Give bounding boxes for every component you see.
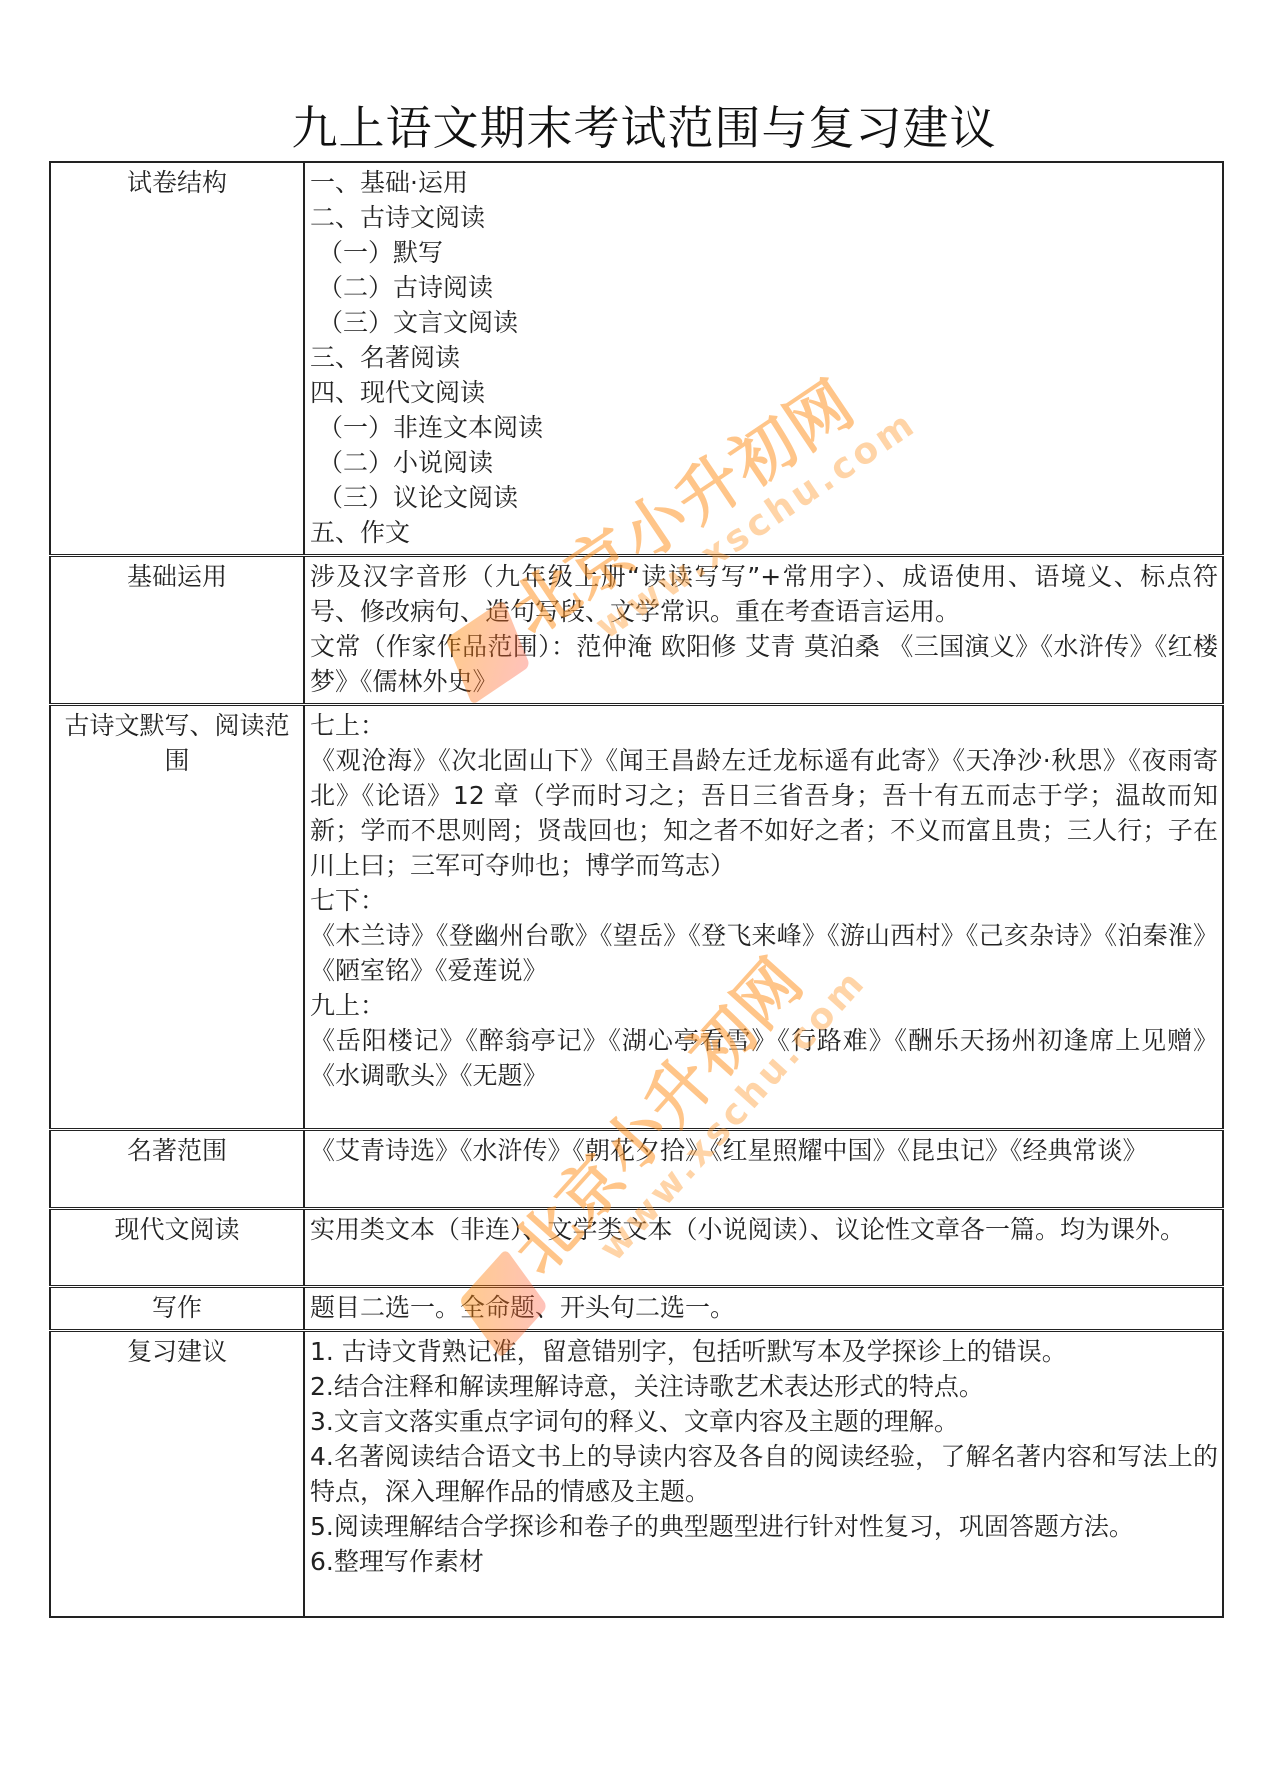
table-row-paper-structure: 试卷结构 一、基础·运用 二、古诗文阅读 （一）默写 （二）古诗阅读 （三）文言…	[50, 162, 1223, 556]
table-row-review-suggestions: 复习建议 1. 古诗文背熟记准，留意错别字，包括听默写本及学探诊上的错误。 2.…	[50, 1331, 1223, 1617]
content-line: 1. 古诗文背熟记准，留意错别字，包括听默写本及学探诊上的错误。	[310, 1334, 1218, 1369]
table-row-modern-reading: 现代文阅读 实用类文本（非连）、文学类文本（小说阅读）、议论性文章各一篇。均为课…	[50, 1209, 1223, 1287]
content-line: 二、古诗文阅读	[310, 200, 1218, 235]
content-line: 5.阅读理解结合学探诊和卷子的典型题型进行针对性复习，巩固答题方法。	[310, 1509, 1218, 1544]
content-line: 九上：	[310, 988, 1218, 1023]
row-label: 复习建议	[51, 1334, 303, 1369]
content-line: 题目二选一。全命题、开头句二选一。	[310, 1290, 1218, 1325]
row-label-cell: 复习建议	[50, 1331, 304, 1617]
row-label: 名著范围	[51, 1133, 303, 1168]
content-line: （三）文言文阅读	[310, 305, 1218, 340]
row-content-cell: 涉及汉字音形（九年级上册“读读写写”+常用字）、成语使用、语境义、标点符号、修改…	[304, 556, 1223, 705]
row-content-cell: 1. 古诗文背熟记准，留意错别字，包括听默写本及学探诊上的错误。 2.结合注释和…	[304, 1331, 1223, 1617]
content-line: 实用类文本（非连）、文学类文本（小说阅读）、议论性文章各一篇。均为课外。	[310, 1212, 1218, 1247]
row-label-cell: 试卷结构	[50, 162, 304, 556]
table-row-basic-usage: 基础运用 涉及汉字音形（九年级上册“读读写写”+常用字）、成语使用、语境义、标点…	[50, 556, 1223, 705]
content-line: 五、作文	[310, 515, 1218, 550]
row-content-cell: 《艾青诗选》《水浒传》《朝花夕拾》《红星照耀中国》《昆虫记》《经典常谈》	[304, 1130, 1223, 1209]
content-line: 四、现代文阅读	[310, 375, 1218, 410]
content-line: 2.结合注释和解读理解诗意，关注诗歌艺术表达形式的特点。	[310, 1369, 1218, 1404]
content-line: （二）古诗阅读	[310, 270, 1218, 305]
content-line: （二）小说阅读	[310, 445, 1218, 480]
row-label: 试卷结构	[51, 165, 303, 200]
content-line: 七上：	[310, 708, 1218, 743]
row-content-cell: 一、基础·运用 二、古诗文阅读 （一）默写 （二）古诗阅读 （三）文言文阅读 三…	[304, 162, 1223, 556]
table-row-classics-scope: 名著范围 《艾青诗选》《水浒传》《朝花夕拾》《红星照耀中国》《昆虫记》《经典常谈…	[50, 1130, 1223, 1209]
table-row-writing: 写作 题目二选一。全命题、开头句二选一。	[50, 1287, 1223, 1331]
content-line: 6.整理写作素材	[310, 1544, 1218, 1579]
content-line: （一）非连文本阅读	[310, 410, 1218, 445]
content-line: （三）议论文阅读	[310, 480, 1218, 515]
content-line: 《岳阳楼记》《醉翁亭记》《湖心亭看雪》《行路难》《酬乐天扬州初逢席上见赠》《水调…	[310, 1023, 1218, 1093]
row-label-cell: 基础运用	[50, 556, 304, 705]
row-content-cell: 实用类文本（非连）、文学类文本（小说阅读）、议论性文章各一篇。均为课外。	[304, 1209, 1223, 1287]
content-line: 文常（作家作品范围）：范仲淹 欧阳修 艾青 莫泊桑 《三国演义》《水浒传》《红楼…	[310, 629, 1218, 699]
table-row-classical-poetry-scope: 古诗文默写、阅读范围 七上： 《观沧海》《次北固山下》《闻王昌龄左迁龙标遥有此寄…	[50, 705, 1223, 1130]
content-line: 3.文言文落实重点字词句的释义、文章内容及主题的理解。	[310, 1404, 1218, 1439]
content-line: 《艾青诗选》《水浒传》《朝花夕拾》《红星照耀中国》《昆虫记》《经典常谈》	[310, 1133, 1218, 1168]
row-label: 写作	[51, 1290, 303, 1325]
row-content-cell: 题目二选一。全命题、开头句二选一。	[304, 1287, 1223, 1331]
row-label-cell: 名著范围	[50, 1130, 304, 1209]
content-line: 一、基础·运用	[310, 165, 1218, 200]
row-label-cell: 古诗文默写、阅读范围	[50, 705, 304, 1130]
content-line: 《木兰诗》《登幽州台歌》《望岳》《登飞来峰》《游山西村》《己亥杂诗》《泊秦淮》《…	[310, 918, 1218, 988]
exam-scope-table: 试卷结构 一、基础·运用 二、古诗文阅读 （一）默写 （二）古诗阅读 （三）文言…	[49, 161, 1224, 1618]
row-label-cell: 现代文阅读	[50, 1209, 304, 1287]
content-line: 涉及汉字音形（九年级上册“读读写写”+常用字）、成语使用、语境义、标点符号、修改…	[310, 559, 1218, 629]
row-label: 基础运用	[51, 559, 303, 594]
page-title: 九上语文期末考试范围与复习建议	[0, 98, 1288, 158]
content-line: （一）默写	[310, 235, 1218, 270]
content-line: 4.名著阅读结合语文书上的导读内容及各自的阅读经验，了解名著内容和写法上的特点，…	[310, 1439, 1218, 1509]
row-label: 现代文阅读	[51, 1212, 303, 1247]
row-content-cell: 七上： 《观沧海》《次北固山下》《闻王昌龄左迁龙标遥有此寄》《天净沙·秋思》《夜…	[304, 705, 1223, 1130]
row-label-cell: 写作	[50, 1287, 304, 1331]
content-line: 《观沧海》《次北固山下》《闻王昌龄左迁龙标遥有此寄》《天净沙·秋思》《夜雨寄北》…	[310, 743, 1218, 883]
row-label: 古诗文默写、阅读范围	[51, 708, 303, 778]
content-line: 三、名著阅读	[310, 340, 1218, 375]
content-line: 七下：	[310, 883, 1218, 918]
